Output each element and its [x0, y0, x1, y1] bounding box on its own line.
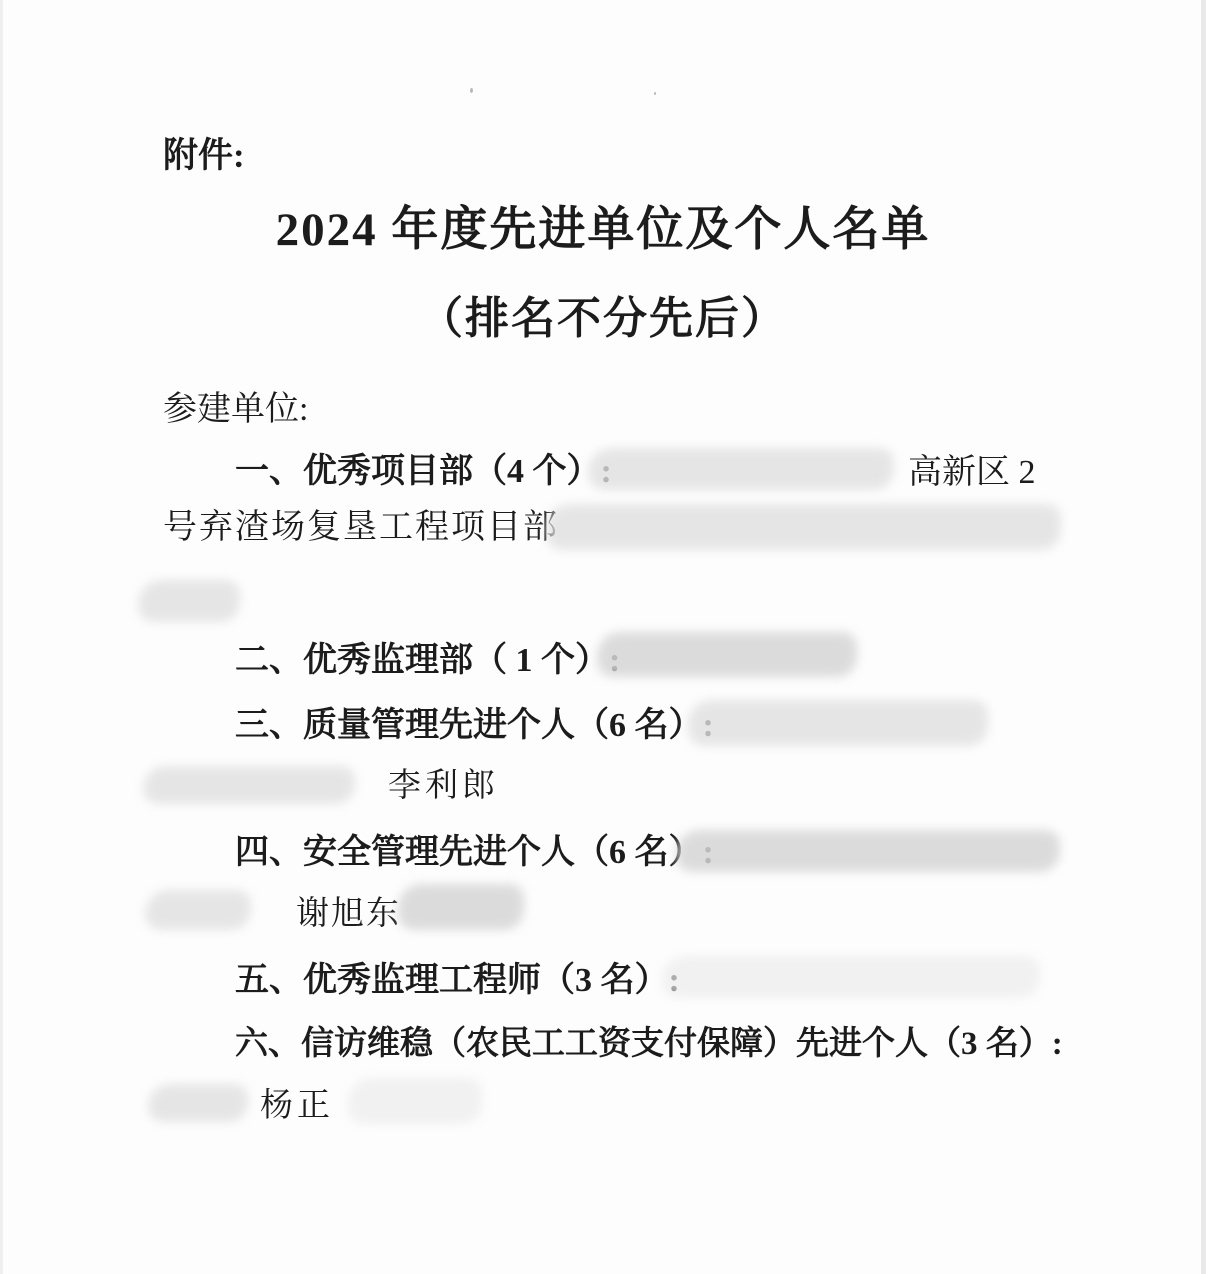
- scan-speck: [654, 92, 656, 95]
- section-heading: 参建单位:: [163, 390, 308, 429]
- item-6-visible-name: 杨正: [260, 1088, 334, 1126]
- item-2-label: 二、优秀监理部（ 1 个）:: [235, 641, 620, 680]
- document-title: 2024 年度先进单位及个人名单: [0, 203, 1206, 257]
- attachment-label: 附件:: [163, 136, 245, 176]
- redaction-smudge: [676, 830, 1060, 872]
- scanned-document-page: 附件: 2024 年度先进单位及个人名单 （排名不分先后） 参建单位: 一、优秀…: [0, 0, 1206, 1274]
- item-1-winner-part1: 高新区 2: [908, 453, 1036, 492]
- redaction-smudge: [688, 700, 988, 746]
- item-5-label: 五、优秀监理工程师（3 名）:: [235, 961, 680, 1000]
- item-4-label: 四、安全管理先进个人（6 名）:: [235, 833, 714, 872]
- redaction-smudge: [143, 766, 355, 804]
- redaction-smudge: [148, 1084, 248, 1122]
- redaction-smudge: [597, 632, 857, 677]
- redaction-smudge: [546, 504, 1061, 550]
- redaction-smudge: [145, 890, 251, 930]
- redaction-smudge: [588, 448, 894, 490]
- item-3-visible-name: 李利郎: [388, 768, 499, 806]
- redaction-smudge: [662, 956, 1040, 998]
- scan-left-edge: [0, 0, 3, 1274]
- item-1-label: 一、优秀项目部（4 个）:: [235, 452, 612, 491]
- scan-right-edge: [1201, 0, 1206, 1274]
- redaction-smudge: [138, 580, 240, 622]
- scan-speck: [470, 88, 473, 93]
- item-3-label: 三、质量管理先进个人（6 名）:: [235, 706, 714, 745]
- item-4-visible-name: 谢旭东: [296, 896, 401, 934]
- document-subtitle: （排名不分先后）: [0, 294, 1206, 345]
- item-6-label: 六、信访维稳（农民工工资支付保障）先进个人（3 名）:: [235, 1026, 1063, 1064]
- redaction-smudge: [348, 1078, 482, 1124]
- item-1-winner-part2: 号弃渣场复垦工程项目部: [163, 508, 559, 547]
- redaction-smudge: [398, 884, 524, 930]
